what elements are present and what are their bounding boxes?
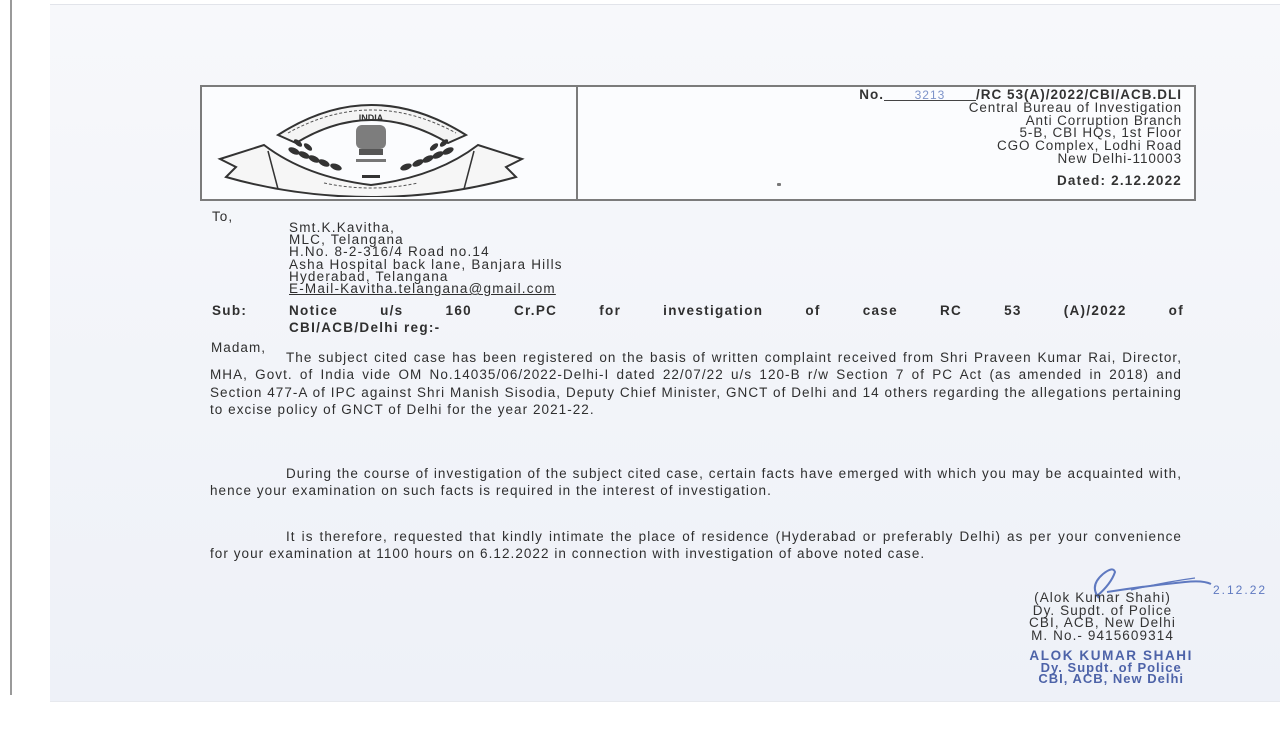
handwritten-ref-number: 3213 [884, 89, 976, 101]
scan-speck [777, 183, 781, 186]
scan-edge-line [10, 0, 12, 695]
paragraph-text: During the course of investigation of th… [210, 465, 1182, 500]
svg-text:2.12.22: 2.12.22 [1213, 583, 1267, 597]
signatory-block: (Alok Kumar Shahi) Dy. Supdt. of Police … [1029, 592, 1176, 642]
subject-block: Sub: Notice u/s 160 Cr.PC for investigat… [212, 302, 1184, 337]
letterhead-divider [576, 87, 578, 199]
recipient-email: E-Mail-Kavitha.telangana@gmail.com [289, 283, 563, 295]
scanned-document: INDIA [0, 0, 1280, 731]
paragraph-text: The subject cited case has been register… [210, 349, 1182, 418]
body-paragraph-1: The subject cited case has been register… [210, 349, 1182, 418]
svg-text:INDIA: INDIA [359, 113, 384, 123]
letterhead-box: INDIA [200, 85, 1196, 201]
office-address-block: No.3213/RC 53(A)/2022/CBI/ACB.DLI Centra… [859, 89, 1182, 188]
to-label: To, [212, 208, 233, 225]
cbi-emblem-icon: INDIA [216, 93, 526, 197]
body-paragraph-3: It is therefore, requested that kindly i… [210, 528, 1182, 563]
body-paragraph-2: During the course of investigation of th… [210, 465, 1182, 500]
letter-date: Dated: 2.12.2022 [859, 175, 1182, 188]
ref-prefix: No. [859, 87, 884, 102]
subject-line-2: CBI/ACB/Delhi reg:- [289, 319, 1184, 336]
stamp-office: CBI, ACB, New Delhi [1029, 673, 1193, 685]
office-line: New Delhi-110003 [859, 153, 1182, 166]
recipient-address: Smt.K.Kavitha, MLC, Telangana H.No. 8-2-… [289, 222, 563, 295]
signatory-line: M. No.- 9415609314 [1029, 630, 1176, 643]
subject-label: Sub: [212, 302, 247, 319]
paragraph-text: It is therefore, requested that kindly i… [210, 528, 1182, 563]
official-stamp: ALOK KUMAR SHAHI Dy. Supdt. of Police CB… [1029, 650, 1193, 685]
subject-line-1: Notice u/s 160 Cr.PC for investigation o… [289, 302, 1184, 319]
